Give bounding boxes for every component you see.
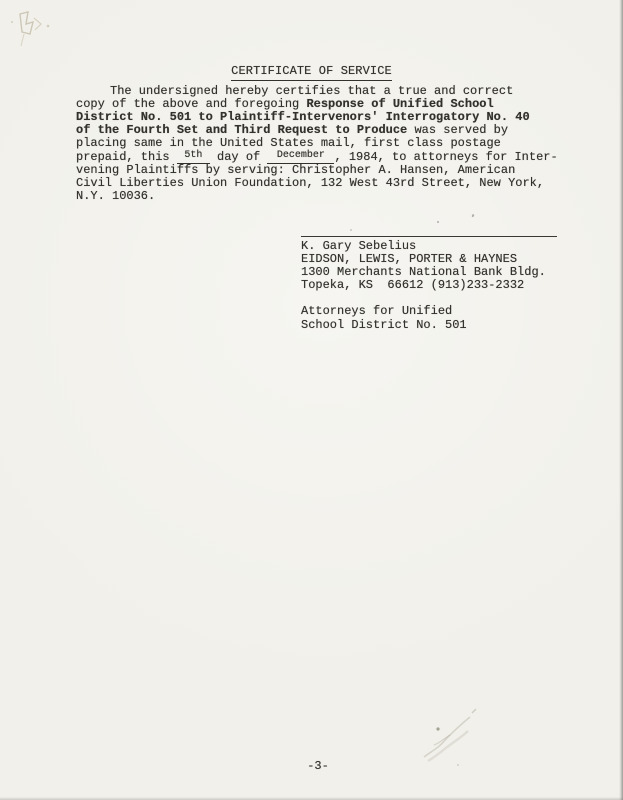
page-number: -3- xyxy=(0,759,623,773)
bold-document-name: District No. 501 to Plaintiff-Intervenor… xyxy=(76,110,530,124)
bold-document-name: of the Fourth Set and Third Request to P… xyxy=(76,123,407,137)
signature-line xyxy=(301,227,557,237)
attorney-role-line-2: School District No. 501 xyxy=(301,319,546,332)
document-title-text: CERTIFICATE OF SERVICE xyxy=(231,64,392,81)
signature-block: K. Gary Sebelius EIDSON, LEWIS, PORTER &… xyxy=(301,240,546,332)
bold-document-name: Response of Unified School xyxy=(306,97,493,111)
body-line-9: N.Y. 10036. xyxy=(76,190,576,203)
month-fill-in: December xyxy=(267,150,334,164)
firm-city-phone: Topeka, KS 66612 (913)233-2332 xyxy=(301,279,546,292)
body-paragraph: The undersigned hereby certifies that a … xyxy=(76,85,576,203)
body-line-5: placing same in the United States mail, … xyxy=(76,137,576,150)
scan-edge xyxy=(619,0,623,800)
pencil-speck xyxy=(437,221,439,223)
document-title: CERTIFICATE OF SERVICE xyxy=(0,64,623,81)
attorney-role-line-1: Attorneys for Unified xyxy=(301,305,546,318)
